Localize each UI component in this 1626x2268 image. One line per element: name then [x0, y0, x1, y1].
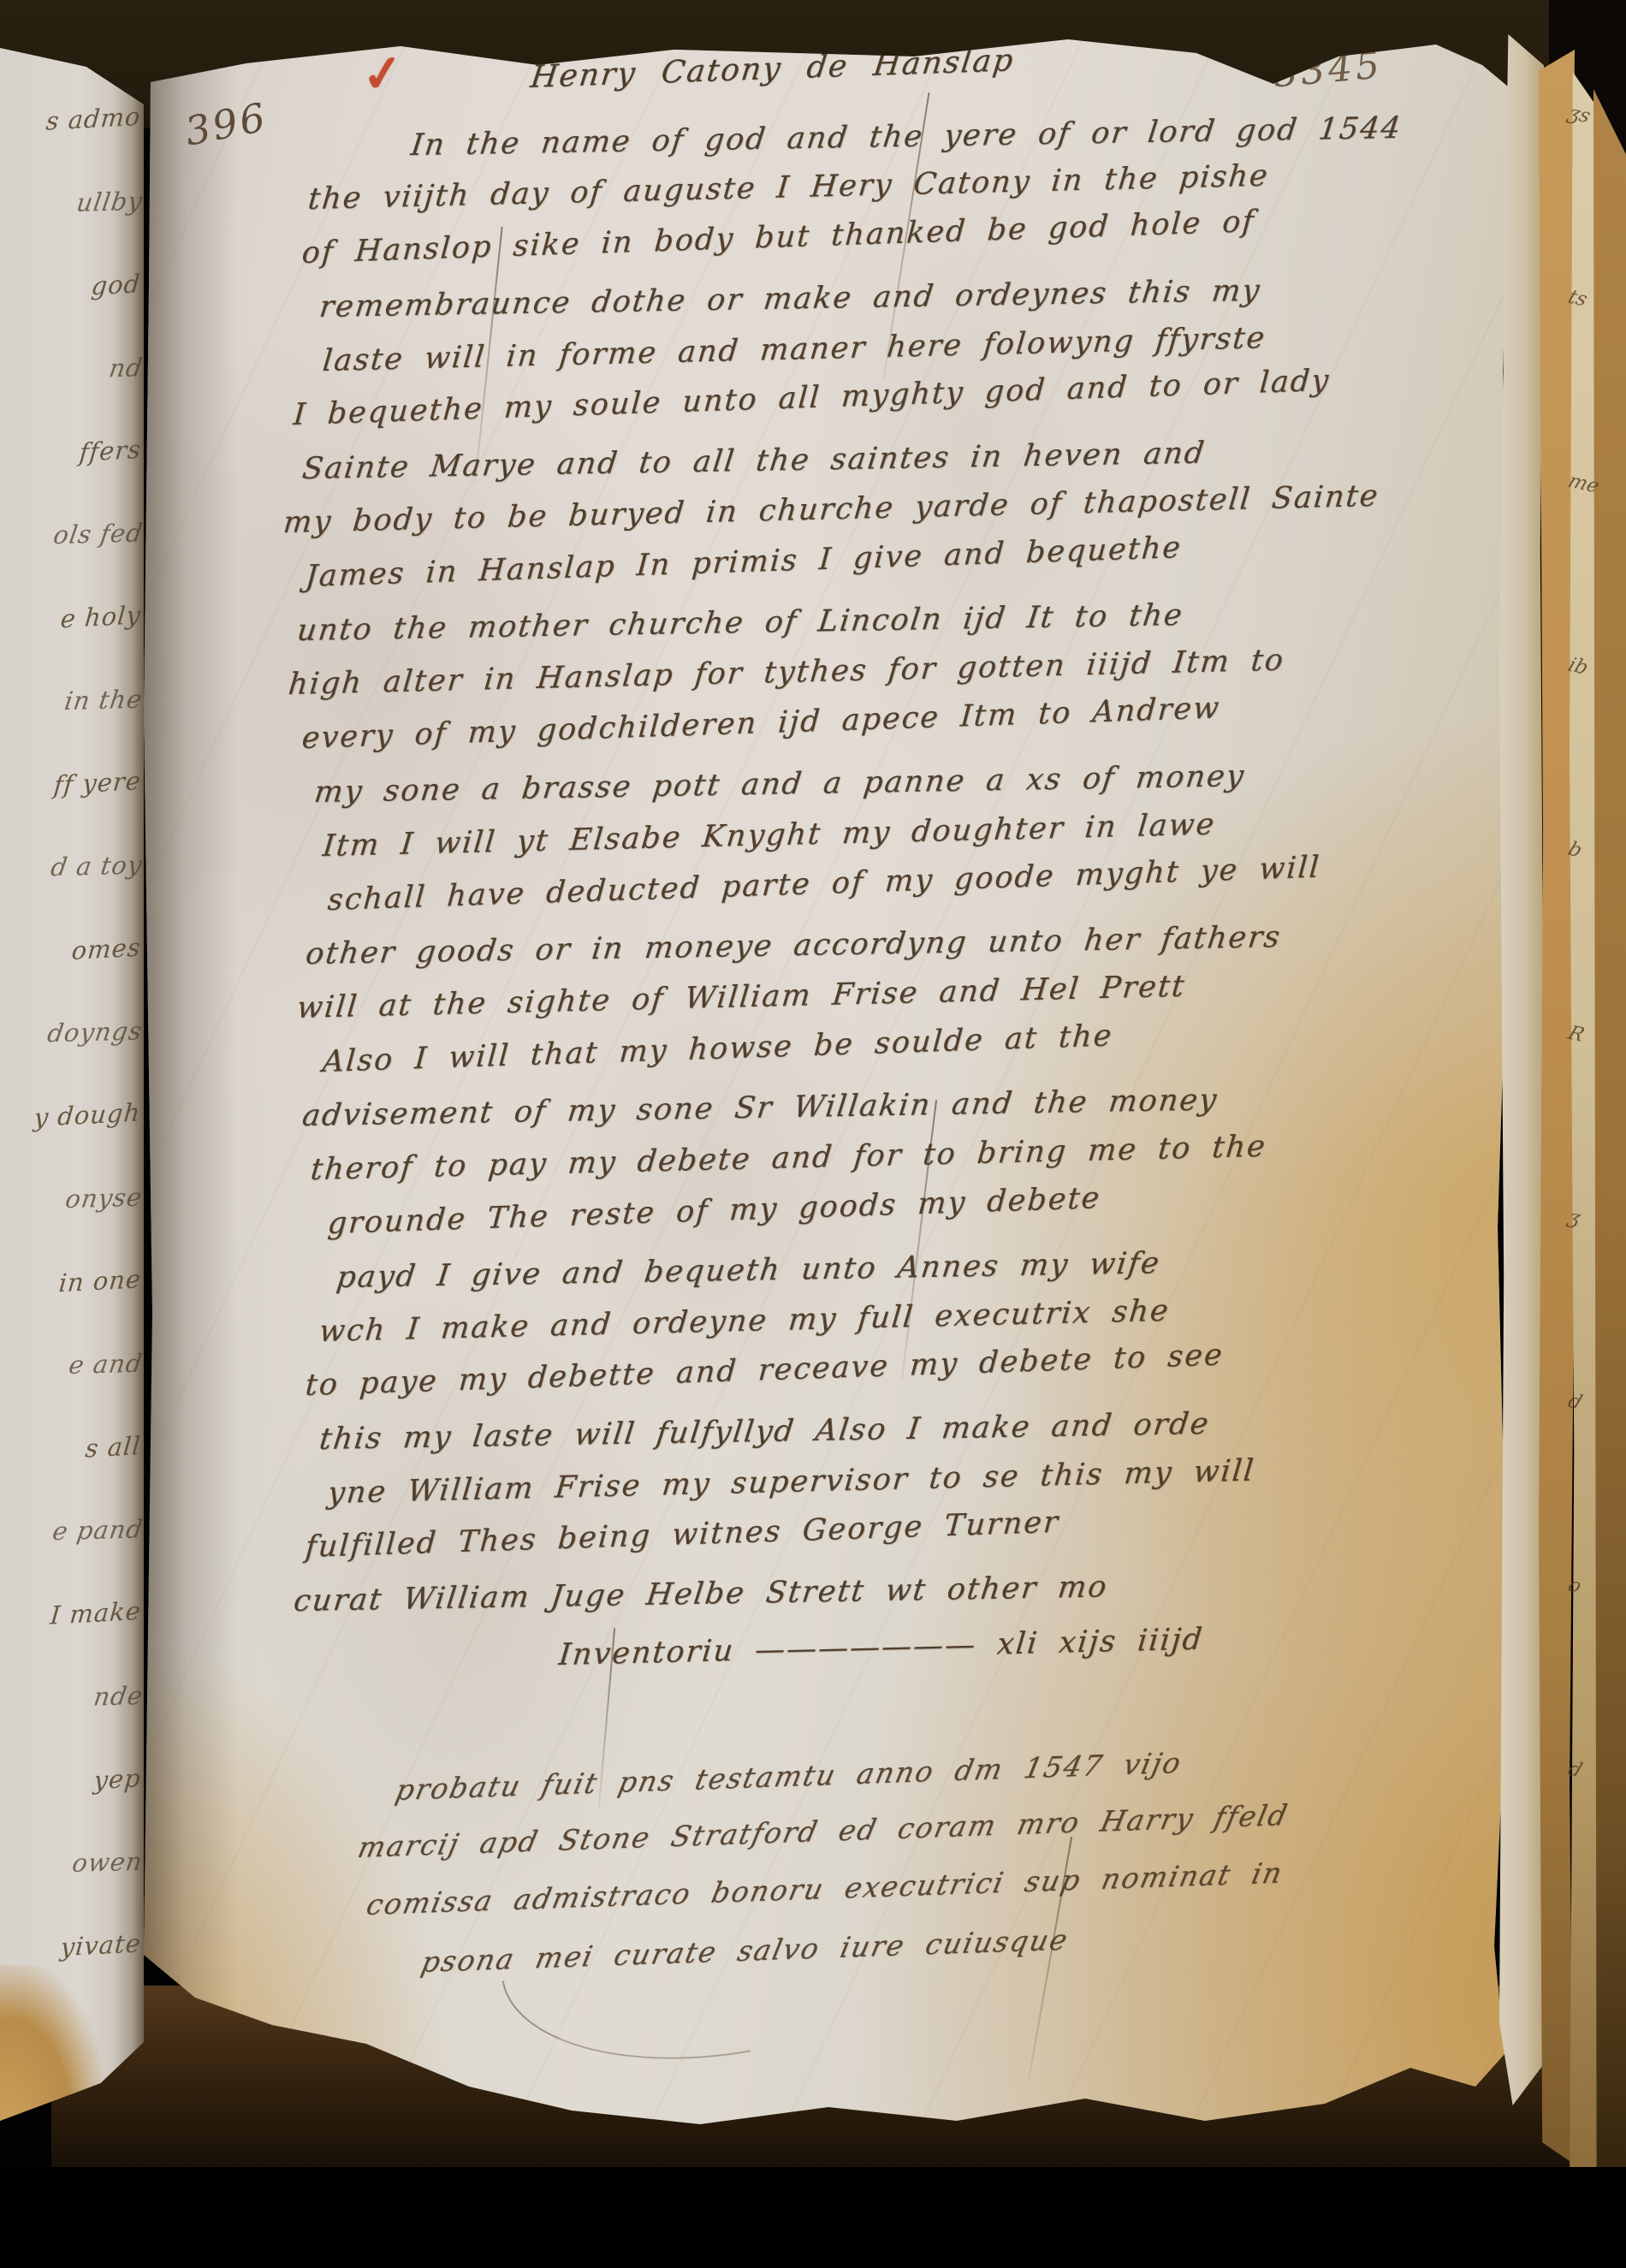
text-fragment: ffers	[73, 435, 142, 521]
text-fragment: s admo	[40, 102, 142, 190]
text-fragment: nd	[98, 353, 145, 436]
text-fragment: onyse	[56, 1183, 145, 1268]
facing-page-edge: s admo ullby god nd ffers ols fed e holy…	[0, 22, 144, 2121]
text-fragment: ullby	[67, 187, 145, 271]
gutter-shadow	[144, 29, 238, 2143]
text-fragment: d a toy	[41, 850, 145, 935]
probate-clause-block: probatu fuit pns testamtu anno dm 1547 v…	[341, 1773, 1453, 2003]
background-bottom	[0, 2167, 1626, 2268]
text-fragment: in the	[55, 685, 145, 770]
archivist-check-mark: ✓	[359, 43, 406, 105]
text-fragment: doyngs	[38, 1016, 145, 1101]
text-fragment: owen	[62, 1847, 145, 1933]
text-fragment: e holy	[55, 600, 143, 688]
text-fragment: nde	[83, 1681, 145, 1766]
page-edge-layer-4	[1593, 89, 1626, 2268]
text-fragment: s all	[80, 1431, 142, 1517]
text-fragment: ff yere	[48, 766, 143, 854]
text-fragment: god	[86, 269, 142, 355]
text-fragment: e and	[59, 1349, 145, 1434]
facing-page-text-fragments: s admo ullby god nd ffers ols fed e holy…	[10, 104, 139, 2014]
text-fragment: I make	[45, 1596, 143, 1684]
text-fragment: ols fed	[43, 518, 145, 603]
text-fragment: e pand	[42, 1514, 145, 1600]
page-edge-text-fragments: ʒs ts me ib b R ʒ d o d	[1540, 103, 1592, 1943]
text-fragment: in one	[52, 1264, 142, 1352]
will-text-block: In the name of god and the yere of or lo…	[226, 128, 1475, 1692]
page-edge-layer-1	[1499, 34, 1544, 2105]
text-fragment: omes	[66, 933, 142, 1020]
text-fragment: yep	[88, 1763, 143, 1849]
text-fragment: y dough	[28, 1097, 142, 1186]
manuscript-photo: s admo ullby god nd ffers ols fed e holy…	[0, 0, 1626, 2268]
will-page: ✓ Henry Catony de Hanslap 3345 396 In th…	[144, 29, 1513, 2143]
